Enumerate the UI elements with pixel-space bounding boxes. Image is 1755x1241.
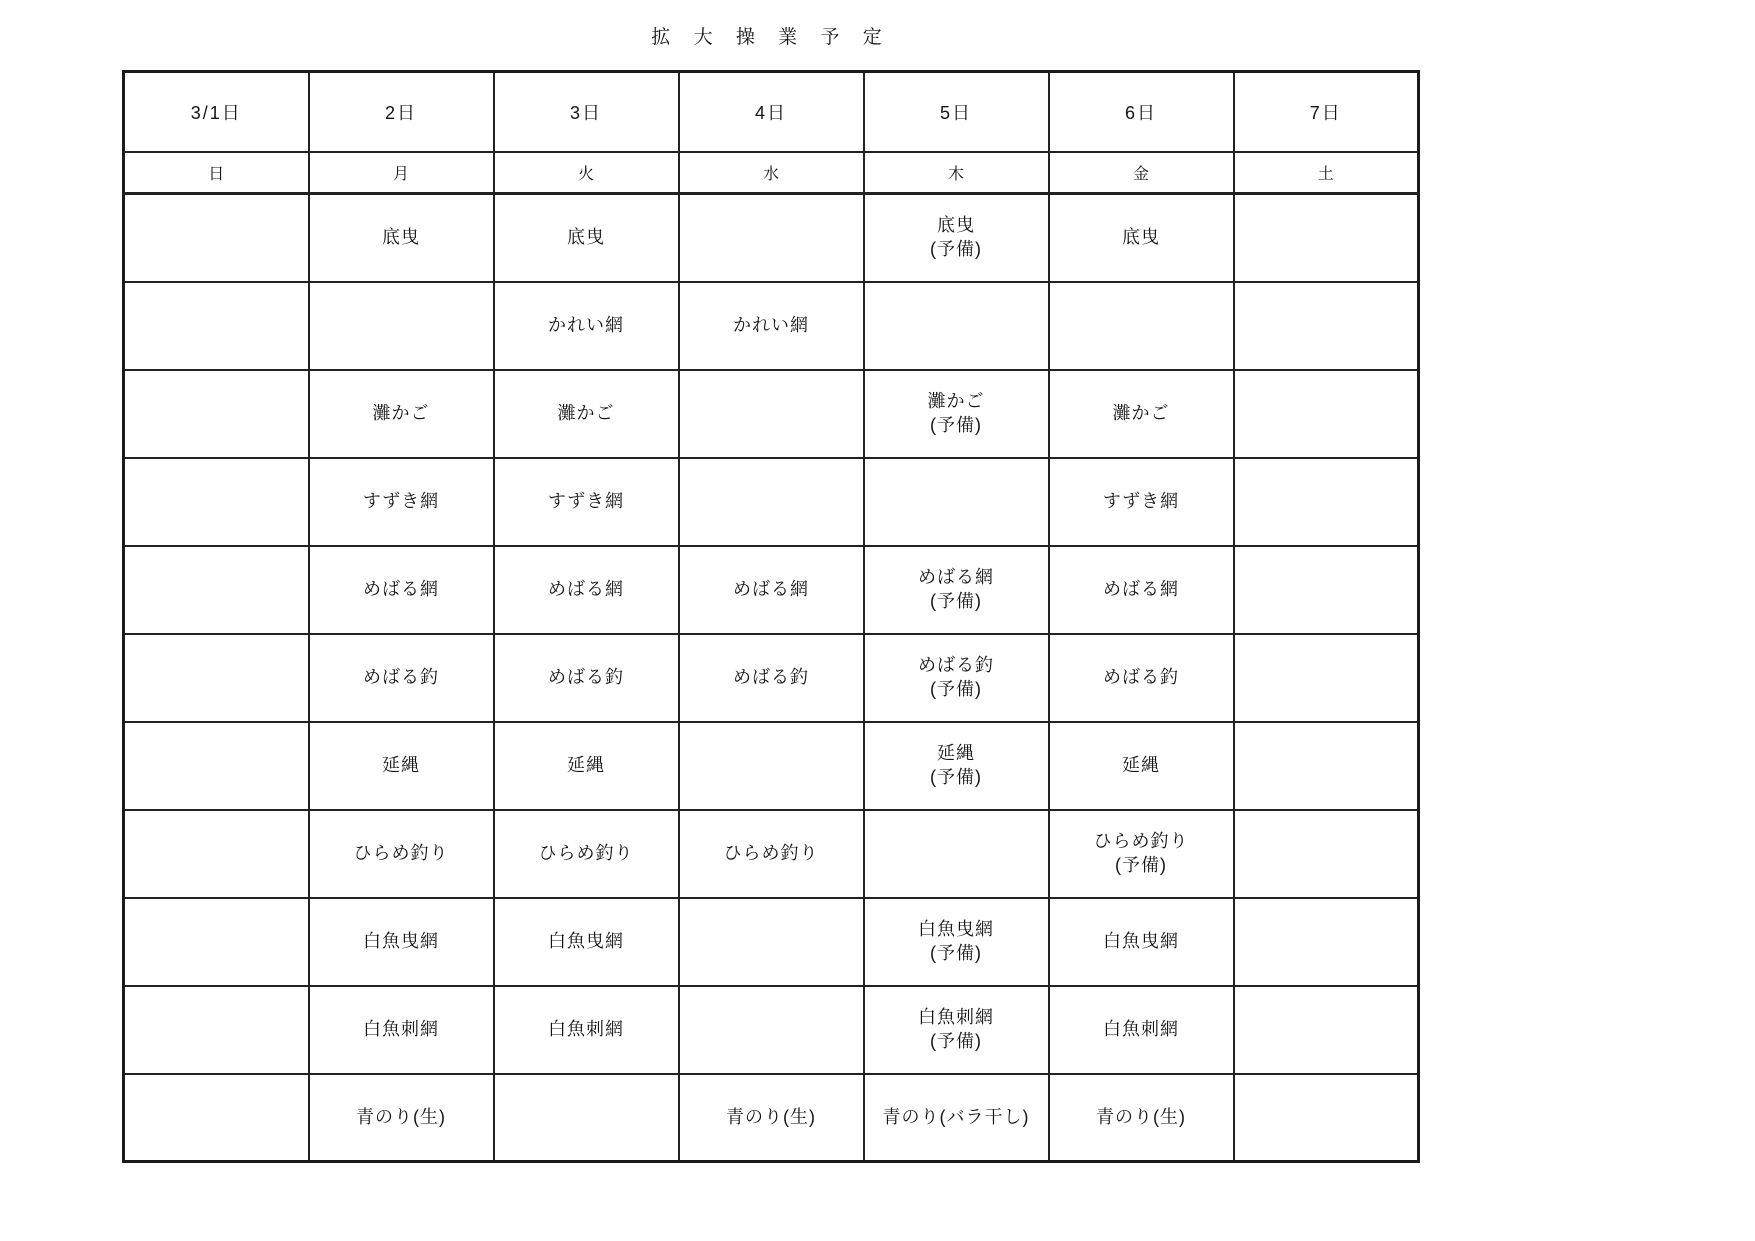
- day-header-cell: 土: [1234, 152, 1419, 194]
- schedule-cell-empty: [124, 634, 309, 722]
- schedule-body: 底曳底曳底曳 (予備)底曳かれい網かれい網灘かご灘かご灘かご (予備)灘かごすず…: [124, 194, 1419, 1162]
- schedule-cell-empty: [679, 898, 864, 986]
- schedule-cell-empty: [309, 282, 494, 370]
- schedule-cell-empty: [1234, 810, 1419, 898]
- schedule-cell-empty: [1234, 986, 1419, 1074]
- date-header-cell: 7日: [1234, 72, 1419, 152]
- schedule-cell: 白魚刺網: [1049, 986, 1234, 1074]
- day-header-cell: 金: [1049, 152, 1234, 194]
- schedule-cell: 延縄: [1049, 722, 1234, 810]
- schedule-cell-empty: [1049, 282, 1234, 370]
- schedule-cell: 青のり(生): [309, 1074, 494, 1162]
- schedule-cell-empty: [1234, 370, 1419, 458]
- schedule-cell-empty: [124, 370, 309, 458]
- schedule-cell-empty: [124, 810, 309, 898]
- schedule-cell: ひらめ釣り: [679, 810, 864, 898]
- day-header-row: 日月火水木金土: [124, 152, 1419, 194]
- schedule-cell: 青のり(バラ干し): [864, 1074, 1049, 1162]
- schedule-cell: めばる網: [494, 546, 679, 634]
- schedule-cell: めばる釣: [679, 634, 864, 722]
- schedule-cell: かれい網: [494, 282, 679, 370]
- schedule-cell-empty: [124, 282, 309, 370]
- schedule-cell: 底曳 (予備): [864, 194, 1049, 282]
- schedule-cell: ひらめ釣り: [309, 810, 494, 898]
- date-header-row: 3/1日2日3日4日5日6日7日: [124, 72, 1419, 152]
- date-header-cell: 3日: [494, 72, 679, 152]
- date-header-cell: 4日: [679, 72, 864, 152]
- schedule-cell: 延縄 (予備): [864, 722, 1049, 810]
- document-title: 拡 大 操 業 予 定: [122, 22, 1420, 49]
- schedule-row: すずき網すずき網すずき網: [124, 458, 1419, 546]
- schedule-cell: すずき網: [309, 458, 494, 546]
- schedule-cell: 延縄: [494, 722, 679, 810]
- document-page: 拡 大 操 業 予 定 3/1日2日3日4日5日6日7日 日月火水木金土 底曳底…: [0, 0, 1755, 1241]
- day-header-cell: 木: [864, 152, 1049, 194]
- schedule-cell: かれい網: [679, 282, 864, 370]
- schedule-cell: めばる網: [1049, 546, 1234, 634]
- schedule-cell: 白魚刺網: [309, 986, 494, 1074]
- schedule-cell-empty: [1234, 722, 1419, 810]
- schedule-cell-empty: [1234, 1074, 1419, 1162]
- day-header-cell: 日: [124, 152, 309, 194]
- schedule-cell: 青のり(生): [679, 1074, 864, 1162]
- schedule-cell-empty: [124, 546, 309, 634]
- date-header-cell: 5日: [864, 72, 1049, 152]
- schedule-cell-empty: [1234, 898, 1419, 986]
- schedule-cell: 灘かご: [494, 370, 679, 458]
- schedule-row: 灘かご灘かご灘かご (予備)灘かご: [124, 370, 1419, 458]
- schedule-cell: 灘かご (予備): [864, 370, 1049, 458]
- day-header-cell: 水: [679, 152, 864, 194]
- schedule-row: 白魚刺網白魚刺網白魚刺網 (予備)白魚刺網: [124, 986, 1419, 1074]
- schedule-cell: 灘かご: [309, 370, 494, 458]
- schedule-cell: 白魚曳網: [494, 898, 679, 986]
- schedule-cell-empty: [1234, 194, 1419, 282]
- schedule-row: 底曳底曳底曳 (予備)底曳: [124, 194, 1419, 282]
- schedule-cell: 白魚曳網 (予備): [864, 898, 1049, 986]
- date-header-cell: 3/1日: [124, 72, 309, 152]
- schedule-cell: 底曳: [309, 194, 494, 282]
- schedule-cell-empty: [124, 722, 309, 810]
- schedule-table: 3/1日2日3日4日5日6日7日 日月火水木金土 底曳底曳底曳 (予備)底曳かれ…: [122, 70, 1420, 1163]
- schedule-cell: 底曳: [494, 194, 679, 282]
- date-header-cell: 2日: [309, 72, 494, 152]
- schedule-cell-empty: [679, 194, 864, 282]
- schedule-cell-empty: [864, 458, 1049, 546]
- schedule-cell: めばる釣: [494, 634, 679, 722]
- schedule-cell: ひらめ釣り (予備): [1049, 810, 1234, 898]
- schedule-row: めばる網めばる網めばる網めばる網 (予備)めばる網: [124, 546, 1419, 634]
- schedule-cell-empty: [679, 458, 864, 546]
- schedule-cell-empty: [124, 986, 309, 1074]
- day-header-cell: 火: [494, 152, 679, 194]
- schedule-cell-empty: [494, 1074, 679, 1162]
- schedule-cell: 白魚刺網: [494, 986, 679, 1074]
- schedule-cell-empty: [124, 1074, 309, 1162]
- schedule-cell: めばる網 (予備): [864, 546, 1049, 634]
- schedule-cell: 底曳: [1049, 194, 1234, 282]
- schedule-cell: すずき網: [1049, 458, 1234, 546]
- schedule-cell: 白魚刺網 (予備): [864, 986, 1049, 1074]
- schedule-cell: めばる網: [679, 546, 864, 634]
- schedule-cell-empty: [864, 810, 1049, 898]
- schedule-cell: 延縄: [309, 722, 494, 810]
- schedule-cell-empty: [124, 458, 309, 546]
- schedule-cell-empty: [679, 986, 864, 1074]
- schedule-row: かれい網かれい網: [124, 282, 1419, 370]
- day-header-cell: 月: [309, 152, 494, 194]
- schedule-cell-empty: [1234, 282, 1419, 370]
- schedule-cell-empty: [124, 194, 309, 282]
- schedule-cell: めばる網: [309, 546, 494, 634]
- schedule-cell: 青のり(生): [1049, 1074, 1234, 1162]
- schedule-cell: ひらめ釣り: [494, 810, 679, 898]
- schedule-cell: めばる釣 (予備): [864, 634, 1049, 722]
- schedule-cell: 白魚曳網: [309, 898, 494, 986]
- schedule-cell: すずき網: [494, 458, 679, 546]
- schedule-cell: めばる釣: [1049, 634, 1234, 722]
- schedule-row: めばる釣めばる釣めばる釣めばる釣 (予備)めばる釣: [124, 634, 1419, 722]
- schedule-cell-empty: [679, 722, 864, 810]
- schedule-row: 青のり(生)青のり(生)青のり(バラ干し)青のり(生): [124, 1074, 1419, 1162]
- schedule-header: 3/1日2日3日4日5日6日7日 日月火水木金土: [124, 72, 1419, 194]
- schedule-cell-empty: [1234, 634, 1419, 722]
- schedule-row: 白魚曳網白魚曳網白魚曳網 (予備)白魚曳網: [124, 898, 1419, 986]
- schedule-cell: 灘かご: [1049, 370, 1234, 458]
- schedule-cell-empty: [1234, 546, 1419, 634]
- schedule-cell-empty: [124, 898, 309, 986]
- schedule-row: ひらめ釣りひらめ釣りひらめ釣りひらめ釣り (予備): [124, 810, 1419, 898]
- schedule-cell-empty: [679, 370, 864, 458]
- date-header-cell: 6日: [1049, 72, 1234, 152]
- schedule-cell: 白魚曳網: [1049, 898, 1234, 986]
- schedule-cell-empty: [864, 282, 1049, 370]
- schedule-cell-empty: [1234, 458, 1419, 546]
- schedule-cell: めばる釣: [309, 634, 494, 722]
- schedule-row: 延縄延縄延縄 (予備)延縄: [124, 722, 1419, 810]
